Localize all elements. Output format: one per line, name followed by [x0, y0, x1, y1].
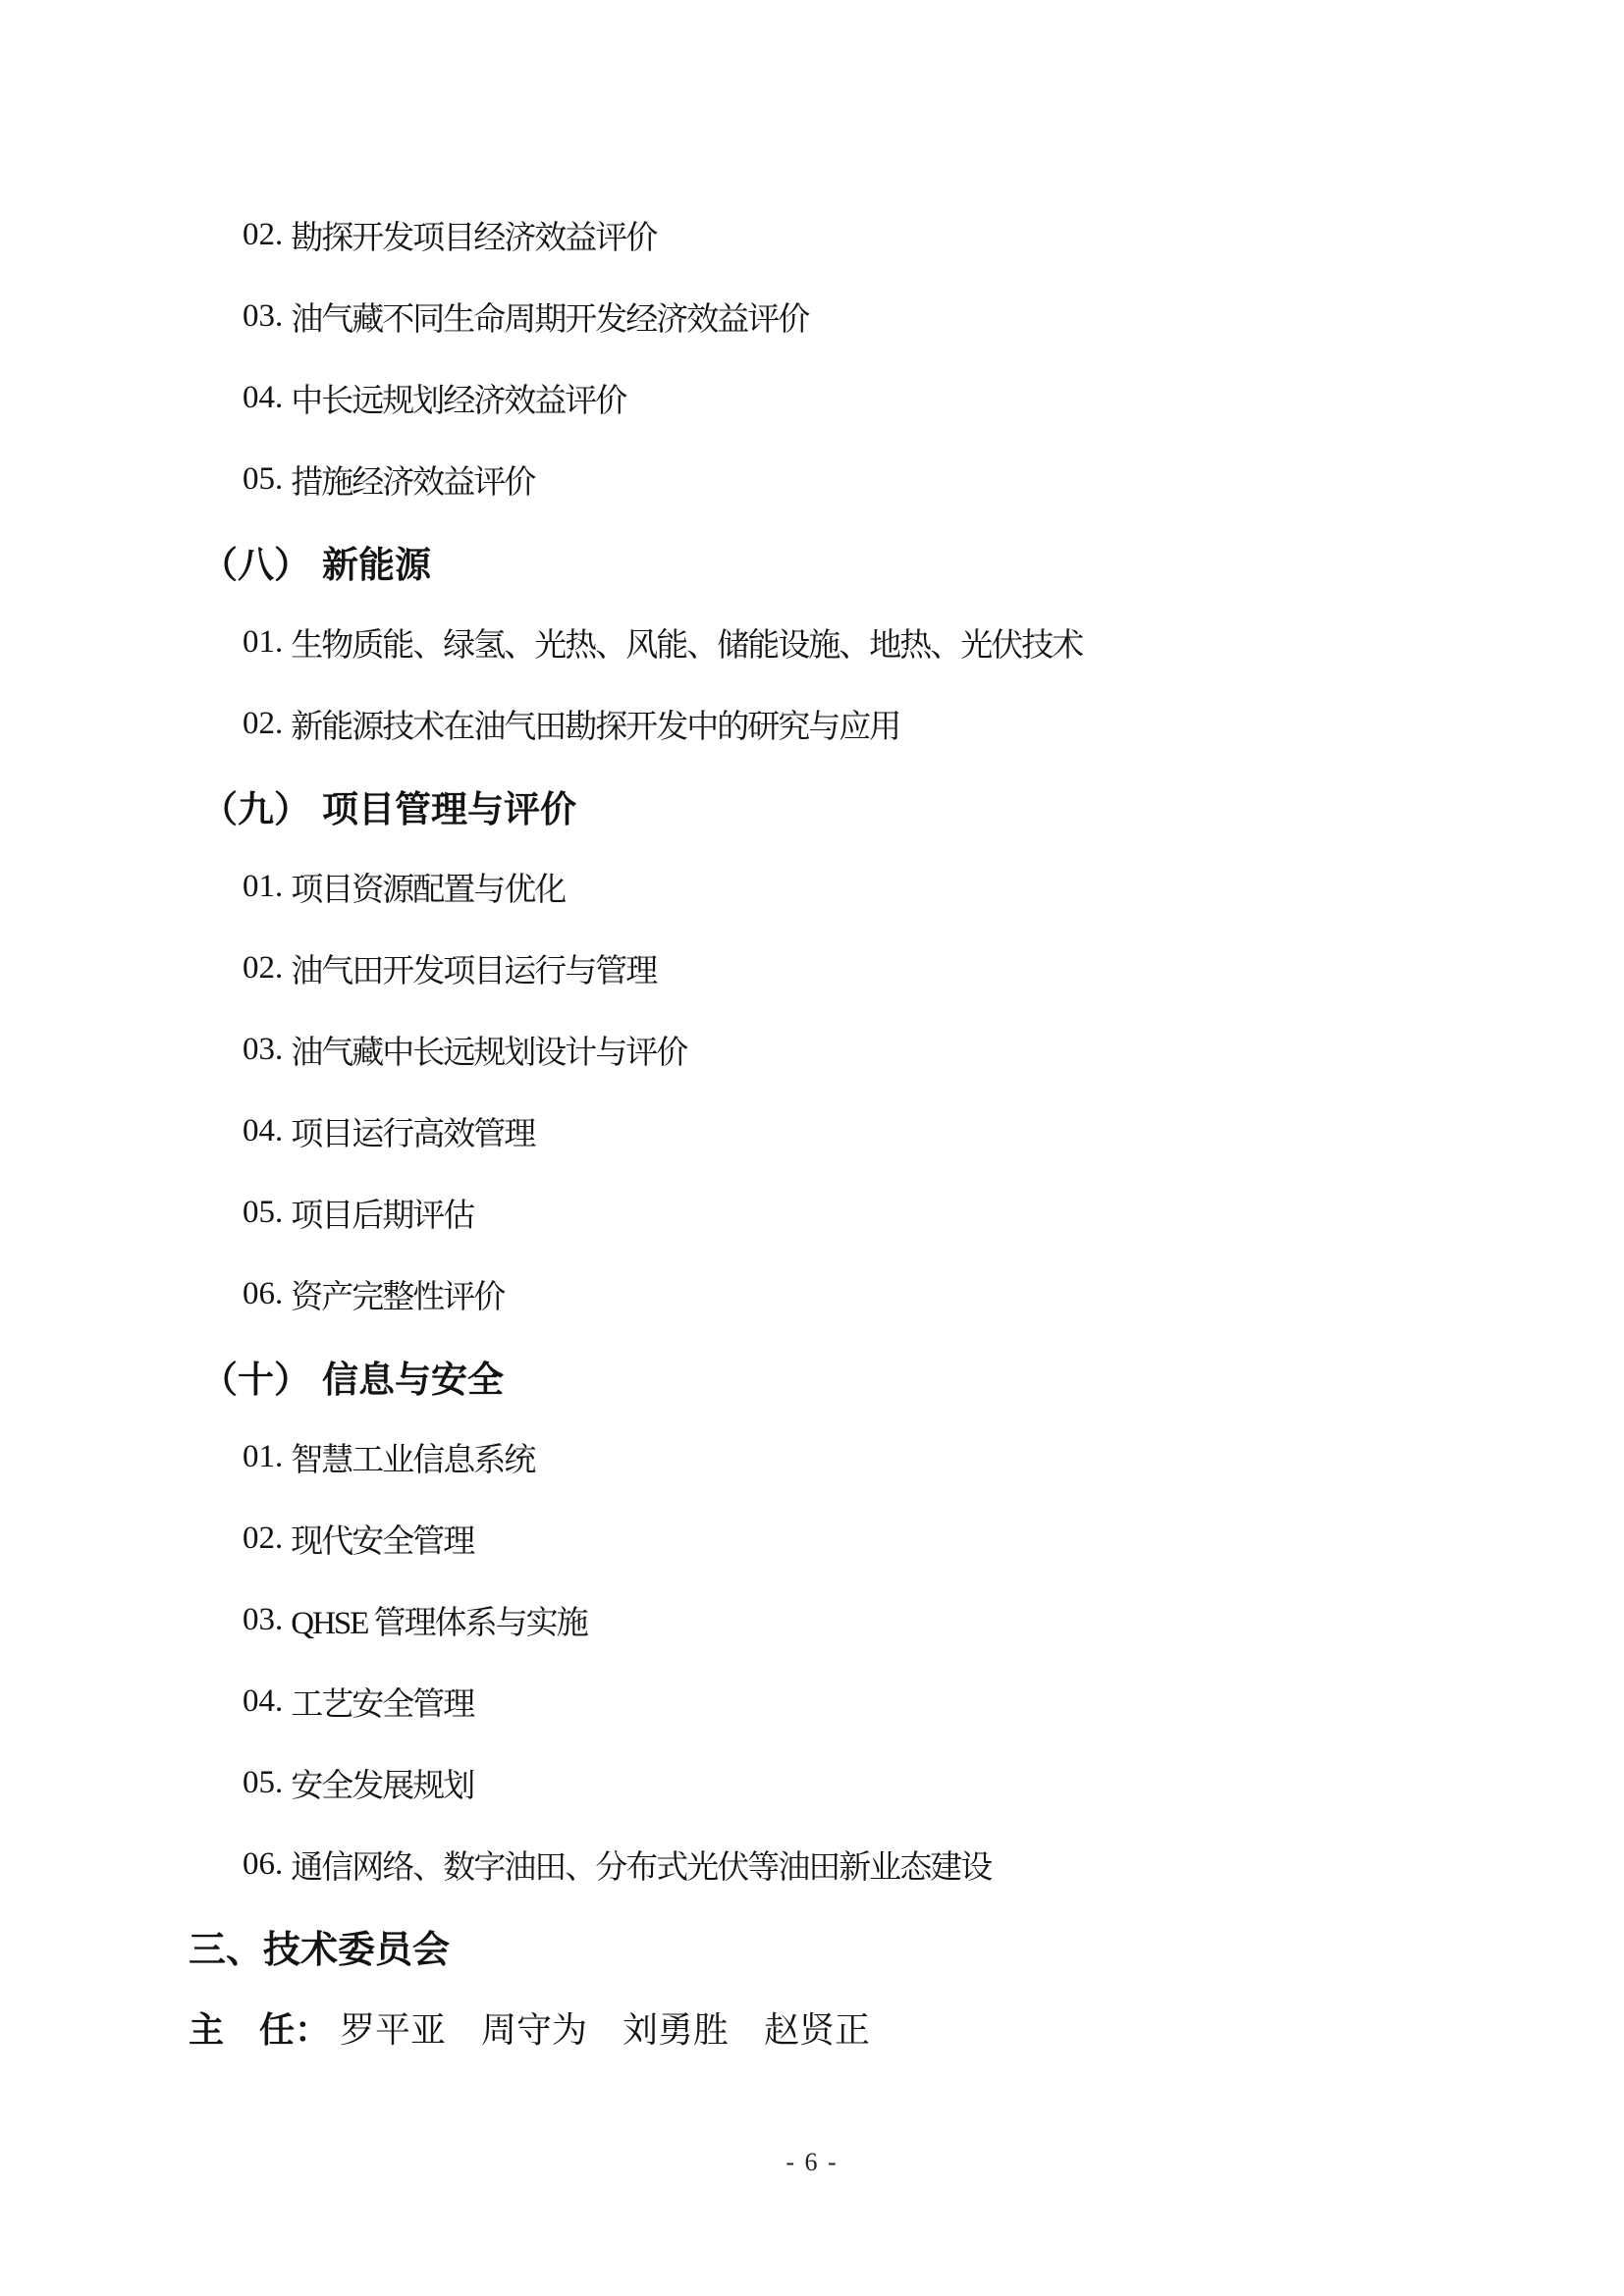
item-number: 05. — [243, 1195, 283, 1231]
item-number: 05. — [243, 461, 283, 498]
committee-names: 罗平亚 周守为 刘勇胜 赵贤正 — [340, 2002, 870, 2053]
item-text: 智慧工业信息系统 — [291, 1434, 534, 1480]
list-item: 03. 油气藏不同生命周期开发经济效益评价 — [0, 276, 1624, 357]
item-number: 04. — [243, 380, 283, 416]
item-text: QHSE 管理体系与实施 — [291, 1597, 586, 1643]
section-heading: （八） 新能源 — [0, 520, 1624, 602]
chapter-title: 技术委员会 — [263, 1919, 450, 1973]
chapter-heading: 三、 技术委员会 — [0, 1905, 1624, 1987]
item-text: 通信网络、数字油田、分布式光伏等油田新业态建设 — [291, 1842, 991, 1888]
list-item: 04. 中长远规划经济效益评价 — [0, 357, 1624, 439]
chapter-label: 三、 — [189, 1919, 263, 1973]
item-text: 工艺安全管理 — [291, 1679, 473, 1725]
item-text: 油气藏不同生命周期开发经济效益评价 — [291, 294, 808, 340]
item-number: 03. — [243, 298, 283, 335]
section-title: 信息与安全 — [322, 1350, 504, 1403]
item-text: 生物质能、绿氢、光热、风能、储能设施、地热、光伏技术 — [291, 619, 1082, 666]
item-number: 05. — [243, 1765, 283, 1801]
item-number: 02. — [243, 1521, 283, 1557]
item-number: 03. — [243, 1032, 283, 1068]
list-item: 02. 新能源技术在油气田勘探开发中的研究与应用 — [0, 683, 1624, 765]
item-number: 06. — [243, 1846, 283, 1883]
list-item: 01. 智慧工业信息系统 — [0, 1416, 1624, 1498]
item-text: 现代安全管理 — [291, 1516, 473, 1562]
list-item: 04. 项目运行高效管理 — [0, 1091, 1624, 1172]
item-text: 勘探开发项目经济效益评价 — [291, 212, 656, 258]
item-text: 项目资源配置与优化 — [291, 864, 565, 910]
item-number: 01. — [243, 869, 283, 905]
list-item: 02. 现代安全管理 — [0, 1498, 1624, 1579]
list-item: 02. 油气田开发项目运行与管理 — [0, 928, 1624, 1009]
item-text: 项目后期评估 — [291, 1190, 473, 1236]
list-item: 04. 工艺安全管理 — [0, 1661, 1624, 1742]
item-number: 01. — [243, 624, 283, 661]
section-title: 项目管理与评价 — [322, 779, 576, 832]
item-text: 中长远规划经济效益评价 — [291, 375, 625, 421]
item-number: 04. — [243, 1683, 283, 1720]
section-label: （十） — [201, 1350, 310, 1403]
committee-line: 主 任： 罗平亚 周守为 刘勇胜 赵贤正 — [0, 1987, 1624, 2068]
page-number: - 6 - — [0, 2148, 1624, 2177]
item-number: 02. — [243, 706, 283, 742]
item-number: 04. — [243, 1113, 283, 1149]
section-heading: （十） 信息与安全 — [0, 1335, 1624, 1416]
section-title: 新能源 — [322, 535, 431, 588]
item-text: 措施经济效益评价 — [291, 456, 534, 503]
list-item: 05. 安全发展规划 — [0, 1742, 1624, 1824]
section-label: （九） — [201, 779, 310, 832]
item-text: 新能源技术在油气田勘探开发中的研究与应用 — [291, 701, 899, 747]
item-number: 03. — [243, 1602, 283, 1638]
committee-role: 主 任： — [189, 2002, 330, 2053]
item-number: 01. — [243, 1439, 283, 1475]
list-item: 06. 通信网络、数字油田、分布式光伏等油田新业态建设 — [0, 1824, 1624, 1905]
content: 02. 勘探开发项目经济效益评价 03. 油气藏不同生命周期开发经济效益评价 0… — [0, 194, 1624, 2068]
list-item: 03. 油气藏中长远规划设计与评价 — [0, 1009, 1624, 1091]
section-heading: （九） 项目管理与评价 — [0, 765, 1624, 846]
item-number: 02. — [243, 217, 283, 253]
document-page: 02. 勘探开发项目经济效益评价 03. 油气藏不同生命周期开发经济效益评价 0… — [0, 0, 1624, 2296]
list-item: 05. 措施经济效益评价 — [0, 439, 1624, 520]
item-text: 资产完整性评价 — [291, 1271, 504, 1317]
item-text: 安全发展规划 — [291, 1760, 473, 1806]
item-text: 项目运行高效管理 — [291, 1108, 534, 1154]
list-item: 06. 资产完整性评价 — [0, 1254, 1624, 1335]
list-item: 01. 生物质能、绿氢、光热、风能、储能设施、地热、光伏技术 — [0, 602, 1624, 683]
item-text: 油气田开发项目运行与管理 — [291, 945, 656, 991]
section-label: （八） — [201, 535, 310, 588]
list-item: 05. 项目后期评估 — [0, 1172, 1624, 1254]
list-item: 03. QHSE 管理体系与实施 — [0, 1579, 1624, 1661]
item-number: 06. — [243, 1276, 283, 1312]
list-item: 02. 勘探开发项目经济效益评价 — [0, 194, 1624, 276]
item-number: 02. — [243, 950, 283, 987]
item-text: 油气藏中长远规划设计与评价 — [291, 1027, 686, 1073]
list-item: 01. 项目资源配置与优化 — [0, 846, 1624, 928]
